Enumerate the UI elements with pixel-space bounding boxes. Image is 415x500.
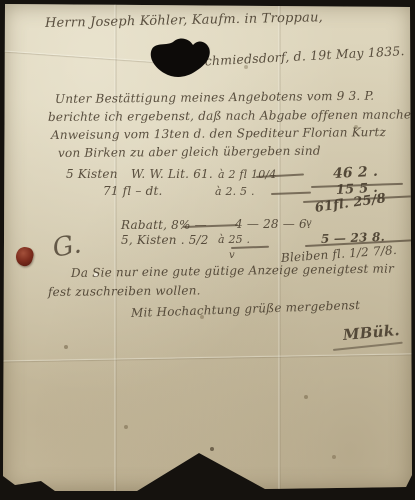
body-line: berichte ich ergebenst, daß nach Abgabe … xyxy=(48,107,415,124)
body-line: Unter Bestättigung meines Angebotens vom… xyxy=(55,89,374,106)
check-flourish: v xyxy=(229,250,235,261)
fold-crease-horizontal-bottom xyxy=(3,353,412,363)
closing-line: Da Sie nur eine gute gütige Anzeige gene… xyxy=(71,261,394,280)
fold-crease-vertical-left xyxy=(114,4,117,491)
closing-line: Mit Hochachtung grüße mergebenst xyxy=(131,298,361,320)
paper-speckles xyxy=(3,4,5,6)
account-row4-rate: à 25 . xyxy=(218,233,250,246)
recipient-line: Herrn Joseph Köhler, Kaufm. in Troppau, xyxy=(45,10,323,31)
ink-underline xyxy=(231,246,269,249)
account-row1-qty: 5 Kisten xyxy=(66,167,118,181)
account-subtotal: 61fl. 25/8 xyxy=(314,191,387,216)
account-rabatt-value: 4 — 28 — 6. xyxy=(235,217,311,231)
ink-dash xyxy=(271,192,311,195)
account-row4-desc: 5, Kisten . 5/2 xyxy=(121,233,209,247)
closing-line: fest zuschreiben wollen. xyxy=(48,283,201,299)
account-row1-amount: 46 2 . xyxy=(333,164,379,182)
body-line: Anweisung vom 13ten d. den Spediteur Flo… xyxy=(51,125,386,142)
account-row2-desc: 71 fl – dt. xyxy=(103,184,163,198)
margin-mark: G. xyxy=(50,229,83,263)
wax-seal xyxy=(14,245,35,268)
account-rabatt-label: Rabatt, 8% — xyxy=(121,218,207,232)
body-line: von Birken zu aber gleich übergeben sind xyxy=(58,144,321,160)
ink-burn-hole xyxy=(143,37,213,82)
check-flourish: v xyxy=(306,218,312,229)
letter-paper: Herrn Joseph Köhler, Kaufm. in Troppau, … xyxy=(3,4,412,491)
account-row1-desc: W. W. Lit. 61. xyxy=(131,167,213,181)
letter-scan: Herrn Joseph Köhler, Kaufm. in Troppau, … xyxy=(0,0,415,500)
account-row2-rate: à 2. 5 . xyxy=(215,185,255,198)
fold-crease-vertical-right xyxy=(278,4,281,491)
account-row1-rate: à 2 fl 10/4 xyxy=(218,168,277,181)
dateline: Schmiedsdorf, d. 19t May 1835. xyxy=(196,43,405,69)
signature: MBük. xyxy=(342,321,400,344)
